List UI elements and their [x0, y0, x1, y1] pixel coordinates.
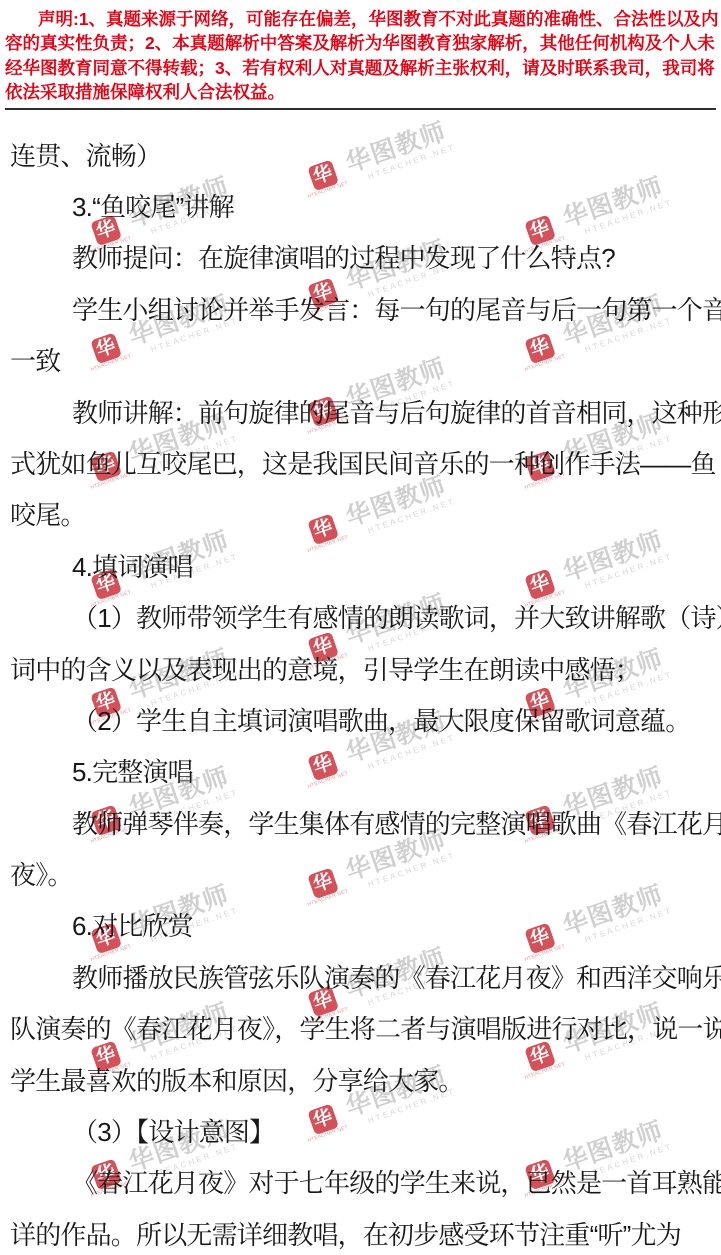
disclaimer-line: 经华图教育同意不得转载；3、若有权利人对真题及解析主张权利，请及时联系我司，我司… [5, 56, 716, 80]
text-line: 教师弹琴伴奏，学生集体有感情的完整演唱歌曲《春江花月 [10, 799, 711, 850]
text-line: （3）【设计意图】 [10, 1107, 711, 1158]
text-line: 3.“鱼咬尾”讲解 [10, 182, 711, 233]
text-line: 5.完整演唱 [10, 747, 711, 798]
text-line: 教师提问：在旋律演唱的过程中发现了什么特点? [10, 233, 711, 284]
document-content: 声明:1、真题来源于网络，可能存在偏差，华图教育不对此真题的准确性、合法性以及内… [0, 0, 721, 1255]
text-line: 学生小组讨论并举手发言：每一句的尾音与后一句第一个音 [10, 285, 711, 336]
text-line: （1）教师带领学生有感情的朗读歌词，并大致讲解歌（诗） [10, 593, 711, 644]
text-line: 教师播放民族管弦乐队演奏的《春江花月夜》和西洋交响乐 [10, 953, 711, 1004]
text-line: 夜》。 [10, 850, 711, 901]
document-page: 华HTEACHER.NET华图教师HTEACHER.NET华HTEACHER.N… [0, 0, 721, 1255]
text-line: 《春江花月夜》对于七年级的学生来说，已然是一首耳熟能 [10, 1158, 711, 1209]
text-line: 式犹如鱼儿互咬尾巴，这是我国民间音乐的一种创作手法——鱼 [10, 439, 711, 490]
text-line: 6.对比欣赏 [10, 901, 711, 952]
disclaimer-line: 容的真实性负责；2、本真题解析中答案及解析为华图教育独家解析，其他任何机构及个人… [5, 31, 716, 55]
text-line: 咬尾。 [10, 490, 711, 541]
text-line: 一致 [10, 336, 711, 387]
text-line: （2）学生自主填词演唱歌曲，最大限度保留歌词意蕴。 [10, 696, 711, 747]
disclaimer-line: 声明:1、真题来源于网络，可能存在偏差，华图教育不对此真题的准确性、合法性以及内 [5, 7, 716, 31]
lesson-plan-text: 连贯、流畅）3.“鱼咬尾”讲解教师提问：在旋律演唱的过程中发现了什么特点?学生小… [0, 110, 721, 1255]
text-line: 详的作品。所以无需详细教唱，在初步感受环节注重“听”尤为 [10, 1210, 711, 1255]
text-line: 队演奏的《春江花月夜》，学生将二者与演唱版进行对比，说一说 [10, 1004, 711, 1055]
text-line: 学生最喜欢的版本和原因，分享给大家。 [10, 1056, 711, 1107]
text-line: 词中的含义以及表现出的意境，引导学生在朗读中感悟； [10, 645, 711, 696]
disclaimer-line: 依法采取措施保障权利人合法权益。 [5, 80, 716, 104]
disclaimer-text: 1、真题来源于网络，可能存在偏差，华图教育不对此真题的准确性、合法性以及内 [79, 9, 719, 29]
disclaimer-label: 声明: [38, 9, 79, 29]
text-line: 4.填词演唱 [10, 542, 711, 593]
text-line: 教师讲解：前句旋律的尾音与后句旋律的首音相同，这种形 [10, 388, 711, 439]
text-line: 连贯、流畅） [10, 131, 711, 182]
disclaimer: 声明:1、真题来源于网络，可能存在偏差，华图教育不对此真题的准确性、合法性以及内… [0, 0, 721, 105]
